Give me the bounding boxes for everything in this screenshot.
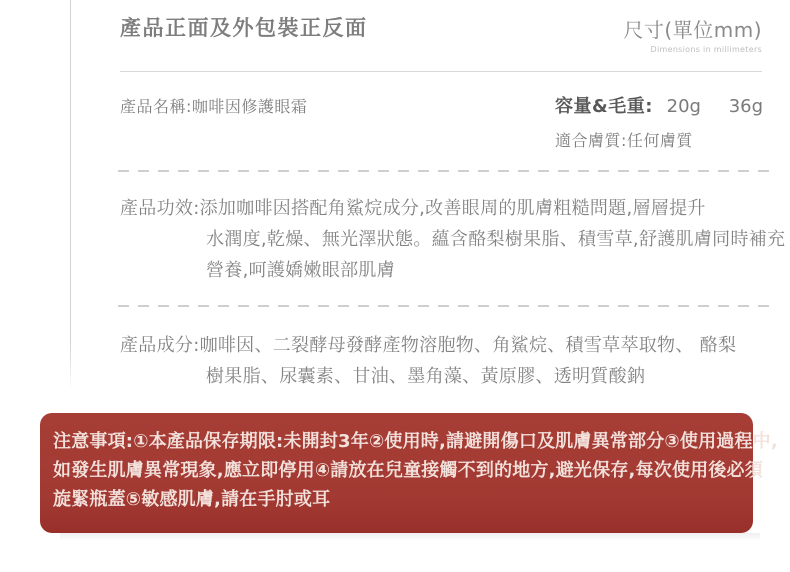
header-divider	[120, 71, 762, 72]
capacity-weight-label: 容量&毛重:	[555, 96, 653, 117]
efficacy-paragraph: 產品功效:添加咖啡因搭配角鯊烷成分,改善眼周的肌膚粗糙問題,層層提升 水潤度,乾…	[120, 193, 785, 286]
left-vertical-rule	[70, 0, 71, 392]
efficacy-line-2: 水潤度,乾燥、無光澤狀態。蘊含酪梨樹果脂、積雪草,舒護肌膚同時補充	[120, 224, 785, 255]
notice-box: 注意事項:①本產品保存期限:未開封3年②使用時,請避開傷口及肌膚異常部分③使用過…	[40, 413, 753, 533]
ingredients-line-2: 樹果脂、尿囊素、甘油、墨角藻、黃原膠、透明質酸鈉	[120, 361, 736, 392]
capacity-value: 20g	[667, 96, 701, 117]
ingredients-paragraph: 產品成分:咖啡因、二裂酵母發酵產物溶胞物、角鯊烷、積雪草萃取物、 酪梨 樹果脂、…	[120, 330, 736, 392]
dashed-divider-2	[118, 305, 772, 307]
size-unit-block: 尺寸(單位mm) Dimensions in millimeters	[623, 14, 762, 54]
skin-type-line: 適合膚質:任何膚質	[555, 128, 693, 151]
capacity-weight-row: 容量&毛重: 20g 36g	[555, 92, 763, 118]
notice-line-1: 注意事項:①本產品保存期限:未開封3年②使用時,請避開傷口及肌膚異常部分③使用過…	[53, 427, 737, 456]
product-name: 產品名稱:咖啡因修護眼霜	[120, 94, 307, 117]
dashed-divider-1	[118, 170, 772, 172]
ingredients-line-1: 產品成分:咖啡因、二裂酵母發酵產物溶胞物、角鯊烷、積雪草萃取物、 酪梨	[120, 330, 736, 361]
product-info-panel: 產品正面及外包裝正反面 尺寸(單位mm) Dimensions in milli…	[0, 0, 790, 572]
efficacy-line-3: 營養,呵護嬌嫩眼部肌膚	[120, 255, 785, 286]
notice-line-3: 旋緊瓶蓋⑤敏感肌膚,請在手肘或耳	[53, 485, 737, 514]
notice-line-2: 如發生肌膚異常現象,應立即停用④請放在兒童接觸不到的地方,避光保存,每次使用後必…	[53, 456, 737, 485]
page-title: 產品正面及外包裝正反面	[120, 12, 368, 42]
dimensions-sublabel: Dimensions in millimeters	[623, 45, 762, 54]
size-unit-label: 尺寸(單位mm)	[623, 14, 762, 43]
efficacy-line-1: 產品功效:添加咖啡因搭配角鯊烷成分,改善眼周的肌膚粗糙問題,層層提升	[120, 193, 785, 224]
notice-box-shadow	[60, 533, 760, 541]
gross-weight-value: 36g	[729, 96, 763, 117]
